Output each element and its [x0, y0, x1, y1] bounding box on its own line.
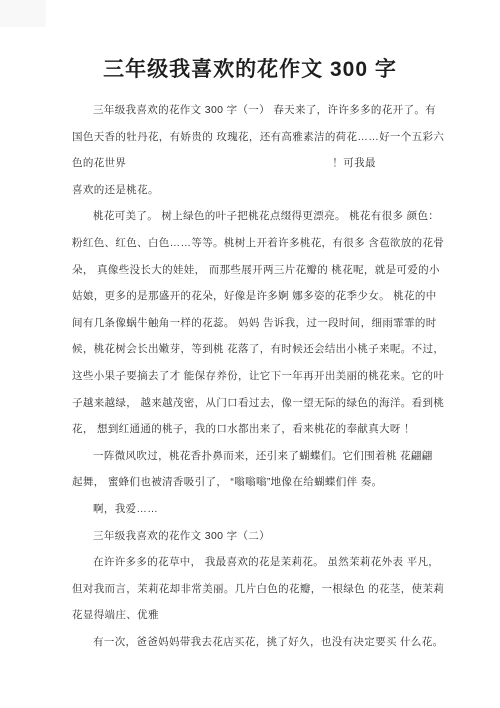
essay-line: 起舞， 蜜蜂们也被清香吸引了， “嗡嗡嗡”地像在给蝴蝶们伴 奏。 [72, 469, 438, 496]
essay-line: 色的花世界 ！可我最 [72, 150, 438, 177]
essay-line: 候，桃花树会长出嫩芽，等到桃 花落了，有时候还会结出小桃子来呢。不过， [72, 336, 438, 363]
scan-artifact [0, 0, 46, 27]
essay-line: 姑娘，更多的是那盛开的花朵，好像是许多婀 娜多姿的花季少女。 桃花的中 [72, 283, 438, 310]
essay-line: 一阵微风吹过，桃花香扑鼻而来，还引来了蝴蝶们。它们围着桃 花翩翩 [72, 443, 438, 470]
essay-line: 朵， 真像些没长大的娃娃， 而那些展开两三片花瓣的 桃花呢，就是可爱的小 [72, 257, 438, 284]
essay-line: 三年级我喜欢的花作文 300 字（二） [72, 523, 438, 550]
essay-line: 桃花可美了。 树上绿色的叶子把桃花点缀得更漂亮。 桃花有很多 颜色： [72, 203, 438, 230]
essay-line: 这些小果子要摘去了才 能保存养份，让它下一年再开出美丽的桃花来。它的叶 [72, 363, 438, 390]
essay-line: 在许许多多的花草中， 我最喜欢的花是茉莉花。 虽然茉莉花外表 平凡， [72, 549, 438, 576]
essay-line: 花， 想到红通通的桃子，我的口水都出来了，看来桃花的奉献真大呀 ！ [72, 416, 438, 443]
essay-line: 但对我而言，茉莉花却非常美丽。几片白色的花瓣，一根绿色 的花茎，使茉莉 [72, 576, 438, 603]
essay-title: 三年级我喜欢的花作文 300 字 [0, 53, 500, 83]
essay-line: 花显得端庄、优雅 [72, 602, 438, 629]
essay-body: 三年级我喜欢的花作文 300 字（一） 春天来了，许许多多的花开了。有国色天香的… [72, 97, 438, 655]
essay-line: 有一次，爸爸妈妈带我去花店买花，挑了好久，也没有决定要买 什么花。 [72, 629, 438, 656]
essay-line: 喜欢的还是桃花。 [72, 177, 438, 204]
essay-line: 粉红色、红色、白色……等等。桃树上开着许多桃花，有很多 含苞欲放的花骨 [72, 230, 438, 257]
essay-line: 三年级我喜欢的花作文 300 字（一） 春天来了，许许多多的花开了。有 [72, 97, 438, 124]
essay-line: 子越来越绿， 越来越茂密，从门口看过去，像一望无际的绿色的海洋。看到桃 [72, 390, 438, 417]
essay-line: 国色天香的牡丹花，有娇贵的 玫瑰花，还有高雅素洁的荷花……好一个五彩六 [72, 124, 438, 151]
essay-line: 啊，我爱…… [72, 496, 438, 523]
essay-line: 间有几条像蜗牛触角一样的花蕊。 妈妈 告诉我，过一段时间，细雨霏霏的时 [72, 310, 438, 337]
document-page: 三年级我喜欢的花作文 300 字 三年级我喜欢的花作文 300 字（一） 春天来… [0, 0, 500, 708]
